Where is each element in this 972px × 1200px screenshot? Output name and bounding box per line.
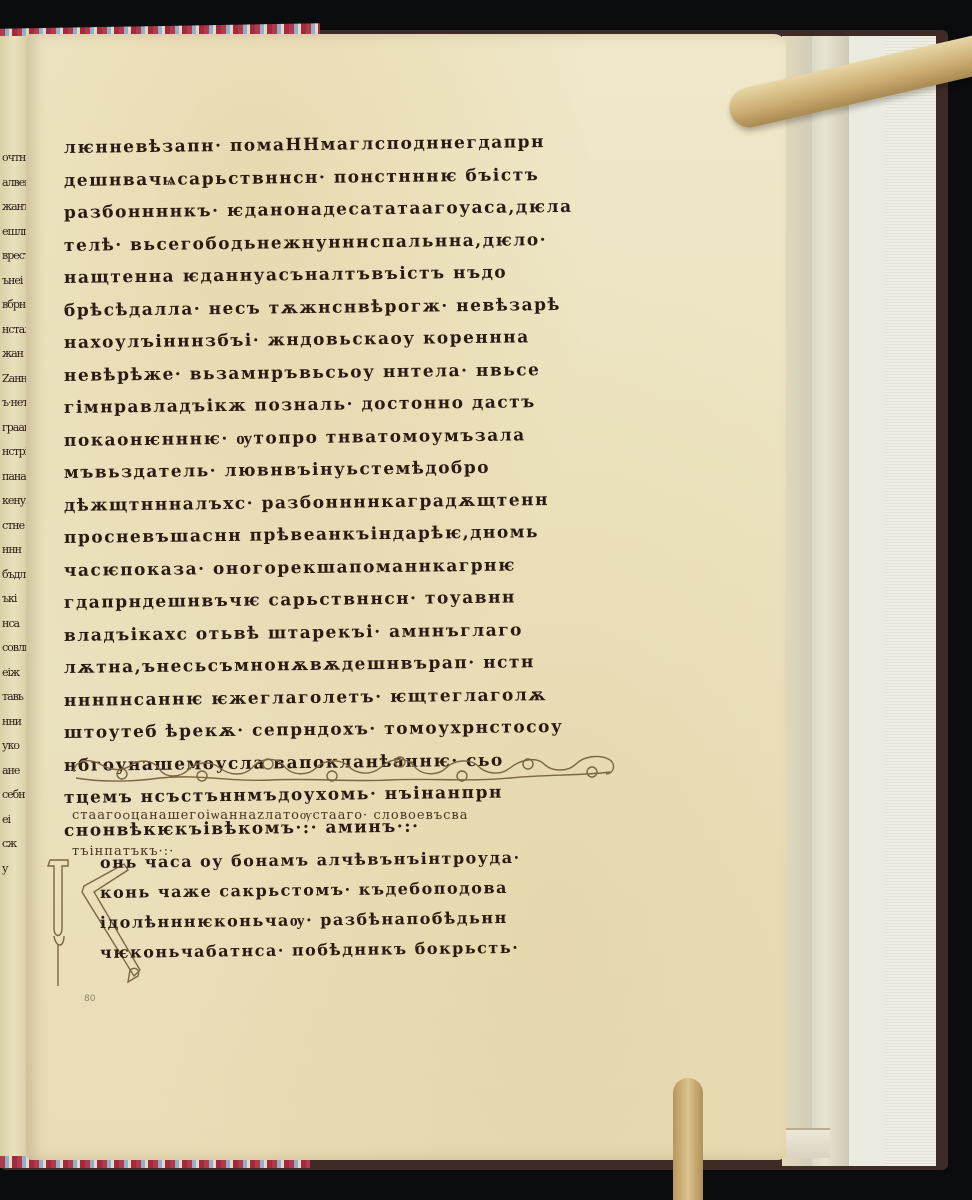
leaf-edges-inner — [782, 36, 812, 1166]
main-text-block: лѥнневѣзапн· помаННмаглсподннегдапрн деш… — [64, 132, 664, 847]
mount-paper-edge — [880, 36, 936, 1166]
folio-number: 80 — [84, 994, 95, 1004]
ornamental-headpiece — [70, 748, 618, 788]
incipit-text: онь часа оу бонамъ алчѣвънъінтроуда· кон… — [100, 848, 521, 968]
title-line: стаагоѻцанашегоіѡаннаzлатоѹстаагo· слово… — [72, 798, 468, 834]
text-line: чѥконьчабатнса· побѣдннкъ бокрьсть· — [100, 933, 521, 968]
leaf-edges — [808, 36, 849, 1166]
wooden-page-holder-bottom — [673, 1078, 703, 1200]
